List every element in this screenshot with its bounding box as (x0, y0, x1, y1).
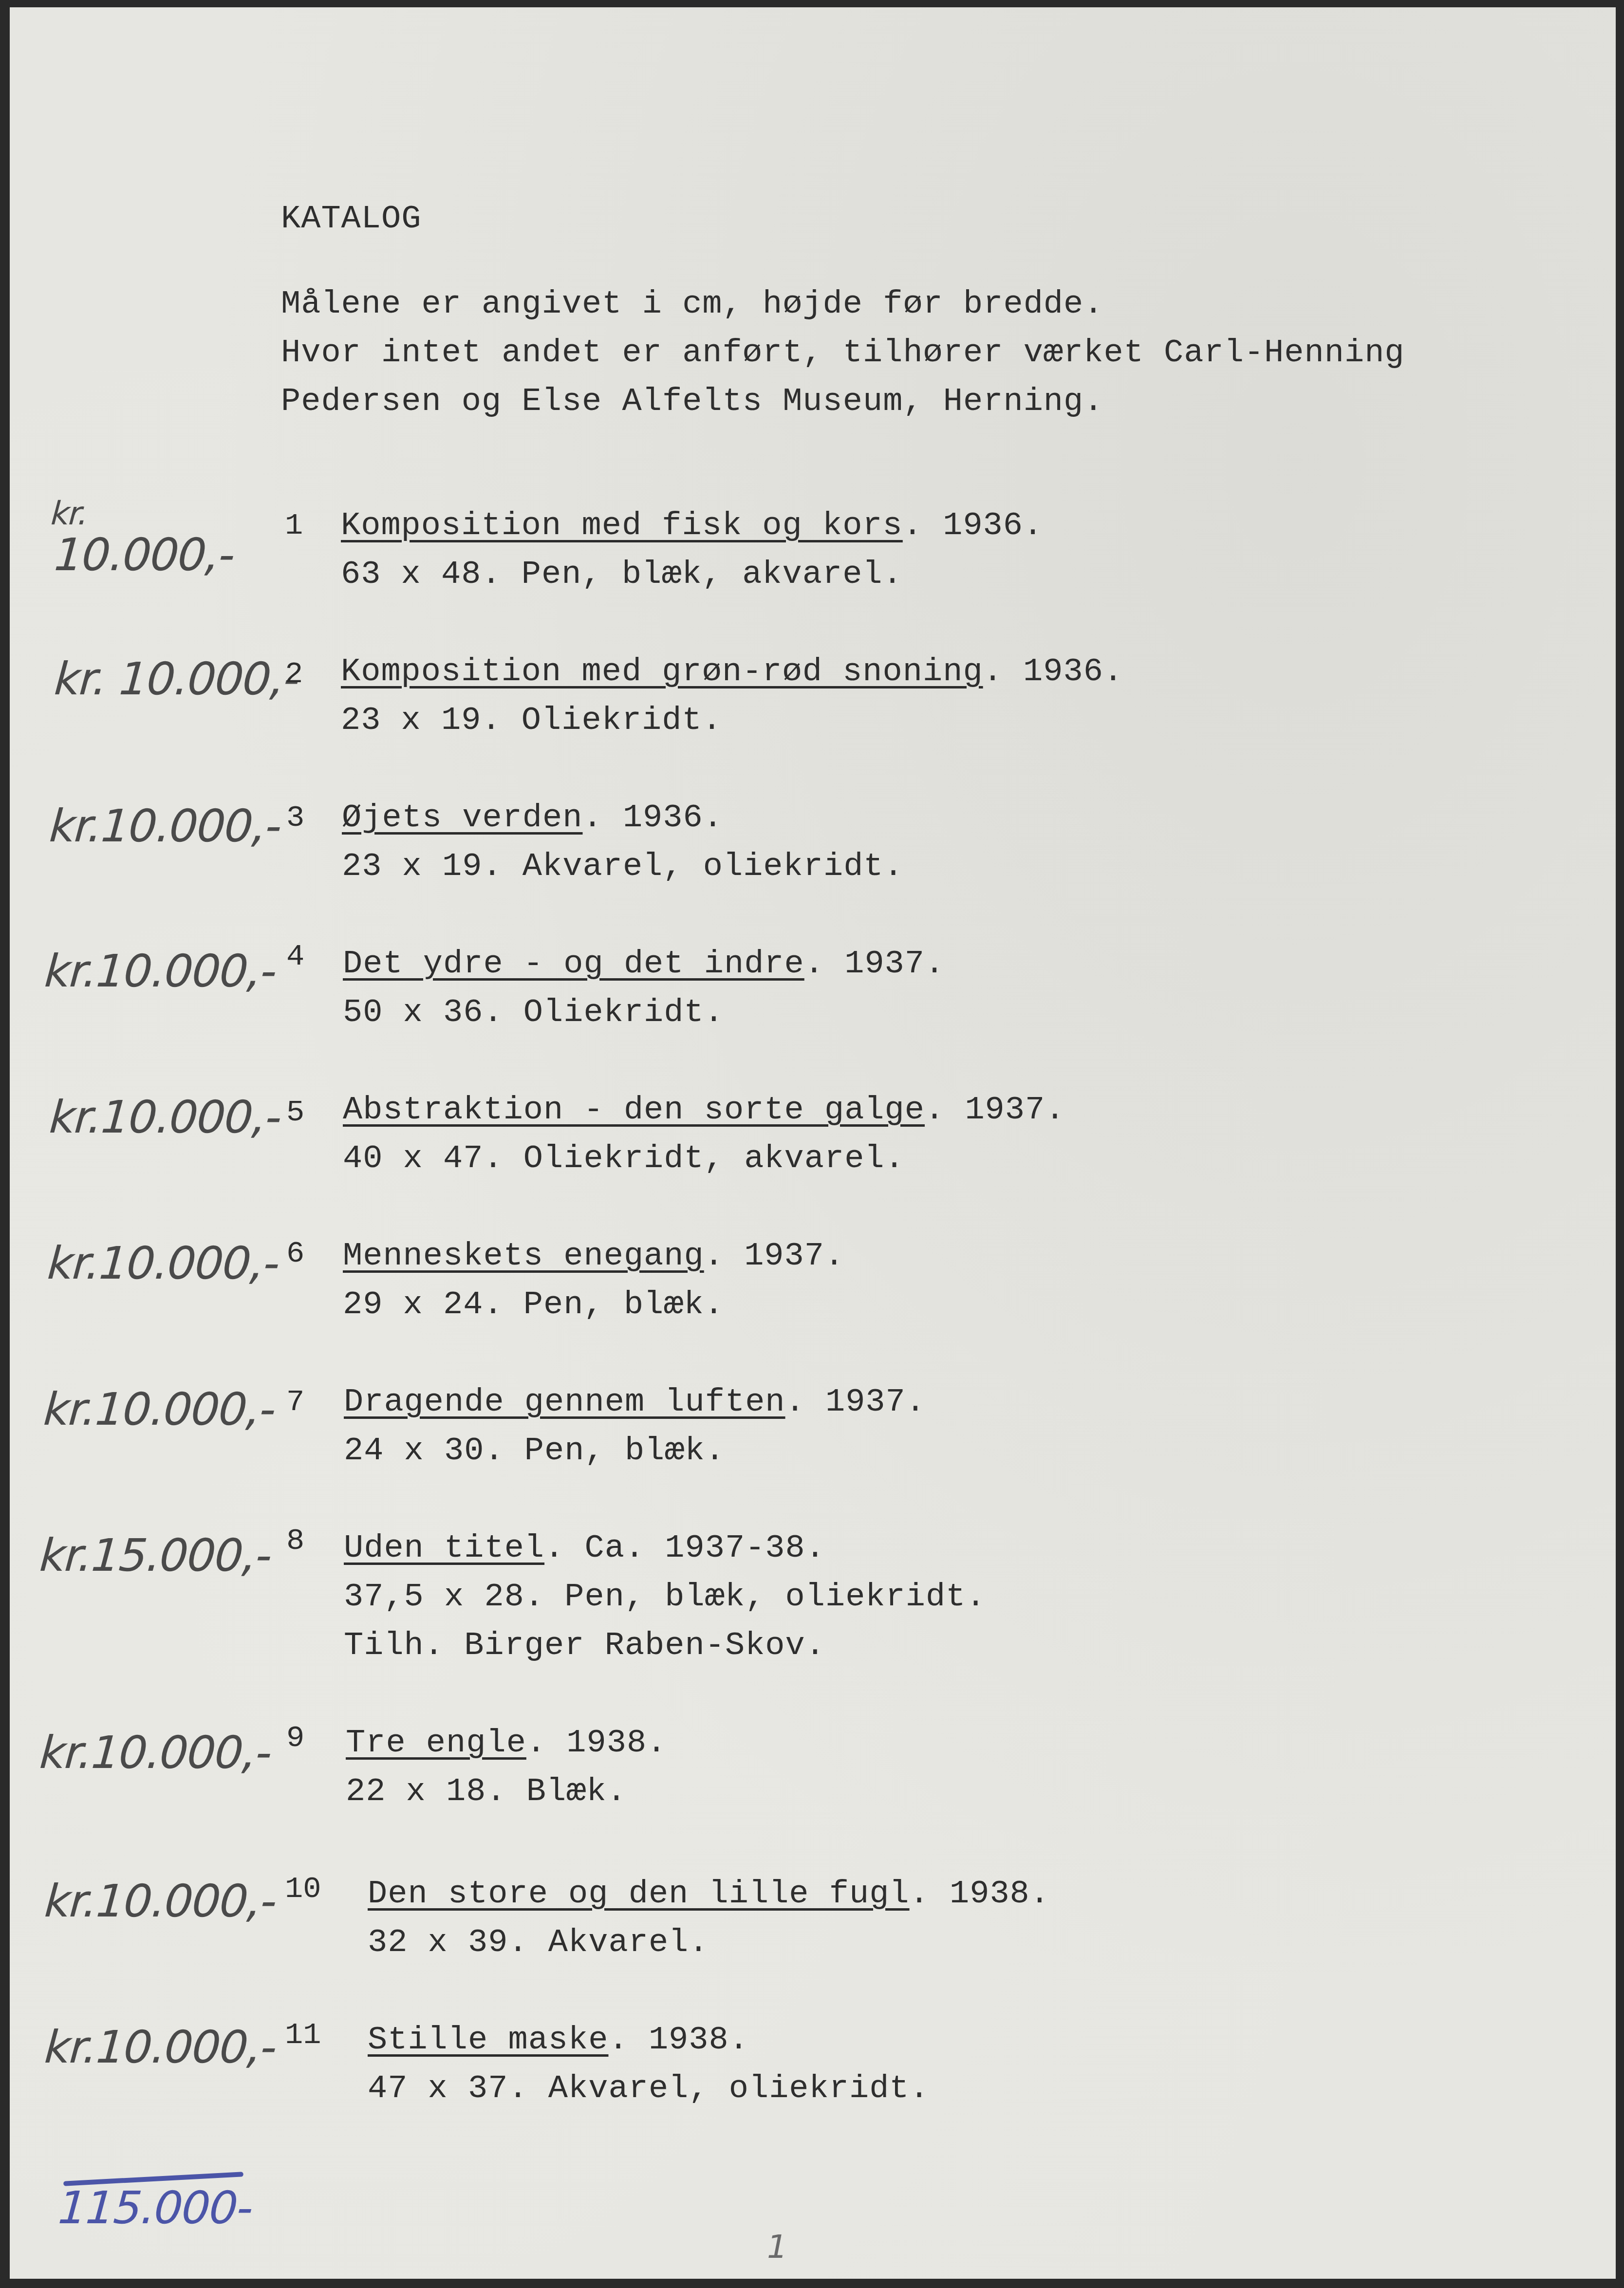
item-number: 10 (285, 1865, 321, 1914)
item-number: 3 (286, 794, 304, 842)
handwritten-price: kr.10.000,- (46, 1239, 280, 1288)
handwritten-price: kr.10.000,- (42, 1385, 277, 1434)
catalog-item-10: Den store og den lille fugl. 1938. (368, 1870, 1050, 1918)
catalog-item-5: Abstraktion - den sorte galge. 1937. (343, 1086, 1065, 1135)
item-year: . 1936. (903, 507, 1043, 544)
handwritten-price: kr.15.000,- (38, 1531, 273, 1580)
catalog-item-9: Tre engle. 1938. (346, 1719, 667, 1767)
item-number: 8 (286, 1517, 304, 1565)
intro-line-3: Pedersen og Else Alfelts Museum, Herning… (281, 377, 1103, 426)
intro-line-2: Hvor intet andet er anført, tilhører vær… (281, 329, 1405, 377)
item-details: 50 x 36. Oliekridt. (343, 988, 724, 1037)
handwritten-price: 10.000,- (53, 531, 236, 579)
item-details: 47 x 37. Akvarel, oliekridt. (368, 2065, 930, 2113)
handwritten-price: kr.10.000,- (43, 947, 278, 996)
item-details: 40 x 47. Oliekridt, akvarel. (343, 1135, 905, 1183)
item-number: 7 (286, 1378, 304, 1427)
item-year: . 1936. (582, 800, 723, 837)
item-title: Øjets verden (342, 800, 582, 837)
item-number: 6 (286, 1229, 304, 1278)
item-number: 4 (286, 932, 304, 981)
item-number: 2 (285, 650, 303, 699)
item-number: 1 (285, 502, 303, 550)
item-details: 23 x 19. Akvarel, oliekridt. (342, 842, 904, 891)
catalog-item-6: Menneskets enegang. 1937. (343, 1232, 844, 1281)
item-details: 24 x 30. Pen, blæk. (344, 1427, 725, 1475)
item-year: . 1938. (526, 1725, 667, 1762)
catalog-item-8: Uden titel. Ca. 1937-38. (344, 1524, 825, 1573)
item-details: 22 x 18. Blæk. (346, 1767, 627, 1816)
item-details: 29 x 24. Pen, blæk. (343, 1281, 724, 1329)
item-number: 9 (286, 1714, 304, 1763)
item-details: 23 x 19. Oliekridt. (341, 696, 722, 745)
item-title: Abstraktion - den sorte galge (343, 1092, 925, 1129)
item-title: Det ydre - og det indre (343, 946, 804, 983)
catalog-item-11: Stille maske. 1938. (368, 2016, 749, 2065)
item-year: . 1938. (910, 1876, 1050, 1913)
item-title: Menneskets enegang (343, 1238, 704, 1275)
item-number: 11 (285, 2011, 321, 2060)
item-owner: Tilh. Birger Raben-Skov. (344, 1621, 825, 1670)
item-title: Tre engle (346, 1725, 526, 1762)
document-page: KATALOG Målene er angivet i cm, højde fø… (10, 7, 1616, 2279)
intro-line-1: Målene er angivet i cm, højde før bredde… (281, 280, 1103, 329)
item-title: Komposition med grøn-rød snoning (341, 653, 983, 690)
item-year: . Ca. 1937-38. (544, 1530, 825, 1567)
handwritten-price: kr.10.000,- (43, 2023, 278, 2072)
item-year: . 1938. (608, 2022, 748, 2059)
handwritten-price: kr.10.000,- (48, 1093, 282, 1142)
item-year: . 1937. (785, 1384, 926, 1421)
catalog-item-4: Det ydre - og det indre. 1937. (343, 940, 945, 988)
catalog-title: KATALOG (281, 195, 421, 243)
handwritten-price: kr. 10.000,- (53, 655, 300, 704)
catalog-item-3: Øjets verden. 1936. (342, 794, 723, 842)
item-year: . 1936. (983, 653, 1123, 690)
item-details: 37,5 x 28. Pen, blæk, oliekridt. (344, 1573, 986, 1621)
catalog-item-2: Komposition med grøn-rød snoning. 1936. (341, 648, 1123, 696)
item-year: . 1937. (704, 1238, 844, 1275)
item-title: Den store og den lille fugl (368, 1876, 910, 1913)
item-title: Dragende gennem luften (344, 1384, 785, 1421)
page-number: 1 (767, 2223, 787, 2271)
item-year: . 1937. (804, 946, 945, 983)
item-details: 63 x 48. Pen, blæk, akvarel. (341, 550, 903, 599)
handwritten-total: 115.000- (57, 2184, 254, 2232)
item-number: 5 (286, 1088, 304, 1137)
handwritten-price: kr.10.000,- (38, 1729, 273, 1777)
item-year: . 1937. (925, 1092, 1065, 1129)
item-title: Uden titel (344, 1530, 544, 1567)
handwritten-price: kr.10.000,- (48, 802, 282, 851)
catalog-item-1: Komposition med fisk og kors. 1936. (341, 502, 1043, 550)
item-details: 32 x 39. Akvarel. (368, 1918, 709, 1967)
handwritten-price: kr.10.000,- (43, 1877, 278, 1926)
catalog-item-7: Dragende gennem luften. 1937. (344, 1378, 926, 1427)
item-title: Stille maske (368, 2022, 608, 2059)
item-title: Komposition med fisk og kors (341, 507, 903, 544)
